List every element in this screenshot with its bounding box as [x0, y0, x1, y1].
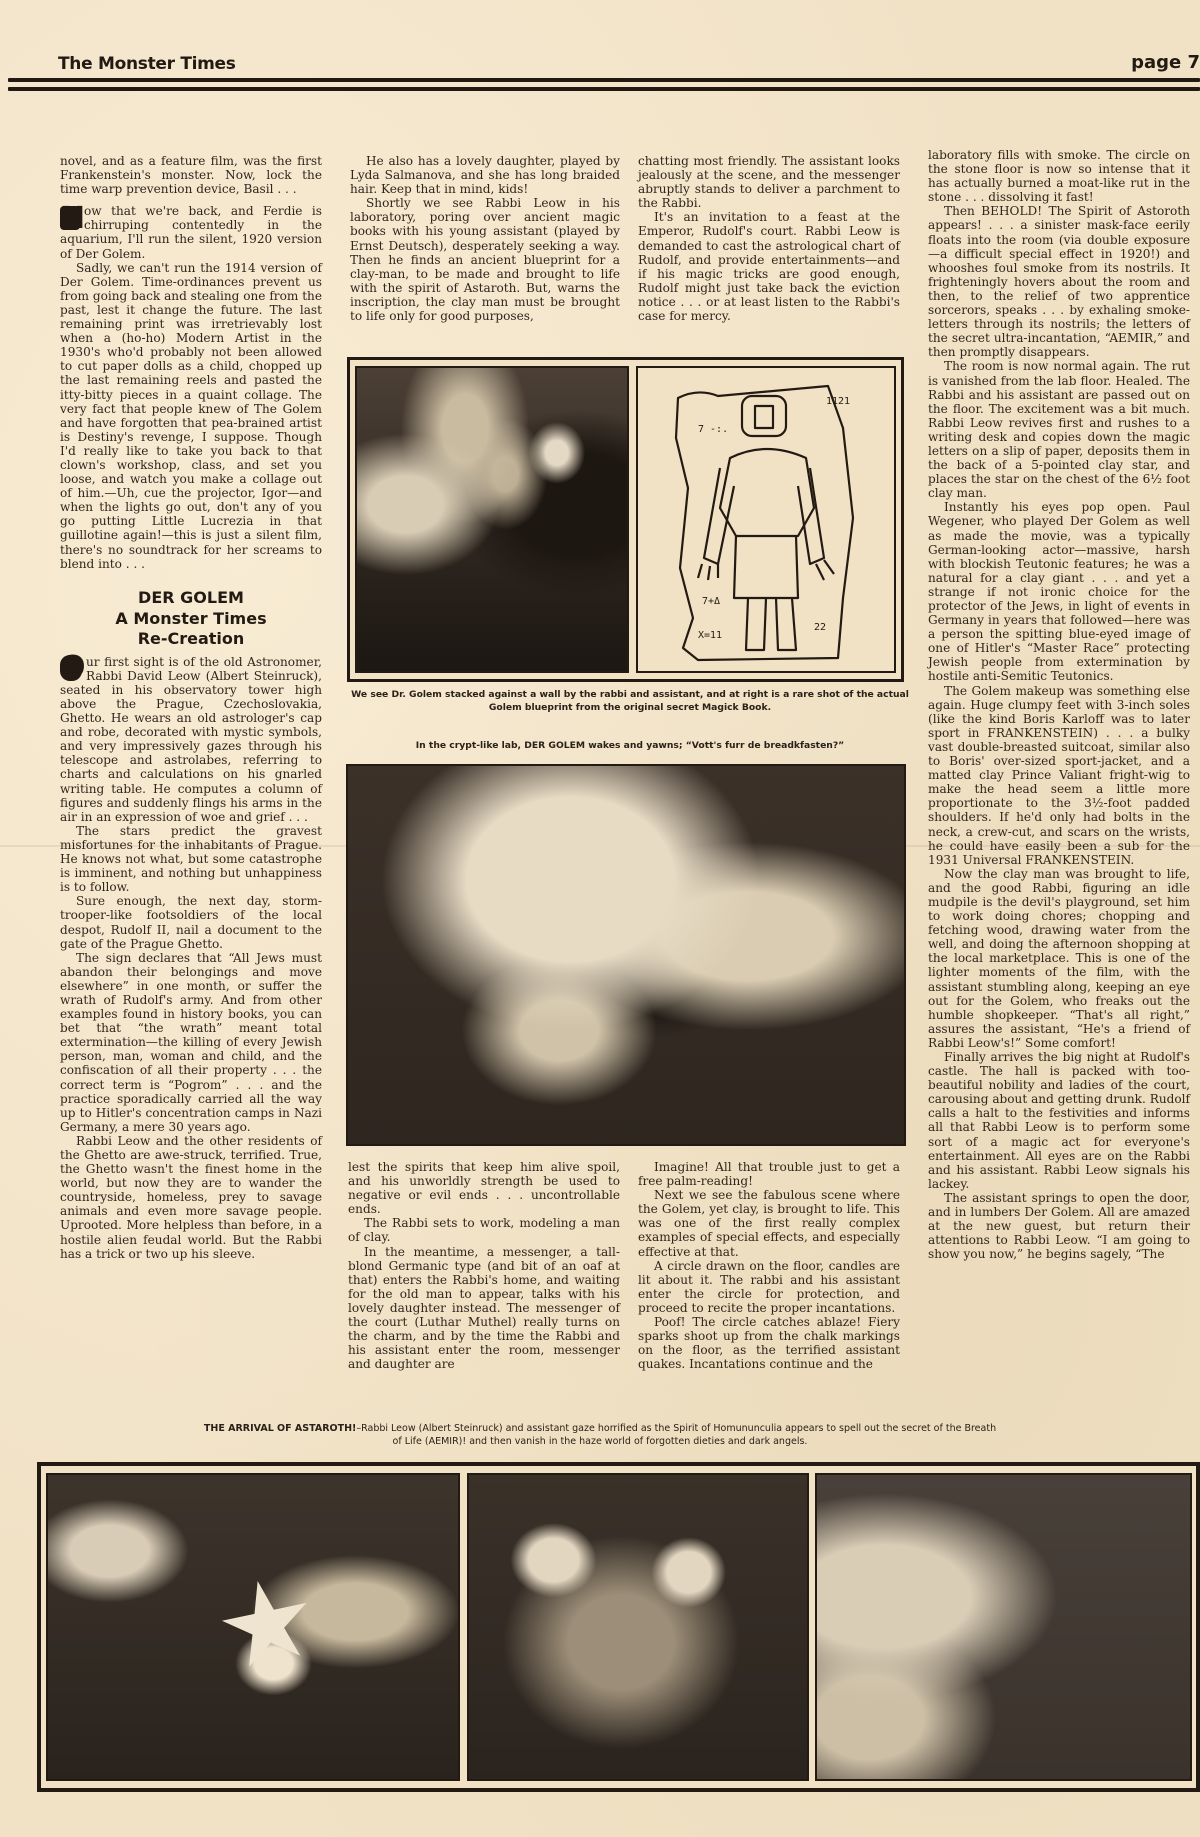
column-1: novel, and as a feature film, was the fi… — [60, 154, 322, 1261]
paragraph: Our first sight is of the old Astronomer… — [60, 655, 322, 824]
paragraph: The sign declares that “All Jews must ab… — [60, 951, 322, 1134]
subhead-title: DER GOLEM — [60, 587, 322, 609]
paragraph: He also has a lovely daughter, played by… — [350, 154, 620, 196]
subhead-line-1: A Monster Times — [60, 609, 322, 629]
paragraph: Sadly, we can't run the 1914 version of … — [60, 261, 322, 571]
paragraph: chatting most friendly. The assistant lo… — [638, 154, 900, 210]
photo-golem-wall — [355, 366, 629, 673]
header-rule-top — [8, 78, 1200, 82]
page-header: The Monster Times page 7 — [58, 54, 1200, 78]
paragraph: Sure enough, the next day, storm-trooper… — [60, 894, 322, 950]
paragraph: laboratory fills with smoke. The circle … — [928, 148, 1190, 204]
page-number: page 7 — [1131, 52, 1200, 73]
photo-strip-2 — [467, 1473, 809, 1781]
caption-photo-pair: We see Dr. Golem stacked against a wall … — [350, 688, 910, 714]
paragraph: Imagine! All that trouble just to get a … — [638, 1160, 900, 1188]
svg-text:7 -:.: 7 -:. — [698, 424, 728, 435]
column-4: laboratory fills with smoke. The circle … — [928, 148, 1190, 1261]
paragraph: novel, and as a feature film, was the fi… — [60, 154, 322, 196]
caption-bottom-strip: THE ARRIVAL OF ASTAROTH!–Rabbi Leow (Alb… — [200, 1422, 1000, 1448]
paragraph: Finally arrives the big night at Rudolf'… — [928, 1050, 1190, 1191]
svg-text:22: 22 — [814, 622, 826, 633]
column-2-bottom: lest the spirits that keep him alive spo… — [348, 1160, 620, 1371]
drawing-golem-blueprint: 1121 7 -:. X=11 7+Δ 22 — [636, 366, 896, 673]
photo-strip-3 — [815, 1473, 1192, 1781]
paragraph: lest the spirits that keep him alive spo… — [348, 1160, 620, 1216]
svg-text:1121: 1121 — [826, 396, 850, 407]
paragraph: A circle drawn on the floor, candles are… — [638, 1259, 900, 1315]
paragraph: The stars predict the gravest misfortune… — [60, 824, 322, 894]
paragraph: Instantly his eyes pop open. Paul Wegene… — [928, 500, 1190, 683]
paragraph: Now that we're back, and Ferdie is chirr… — [60, 204, 322, 260]
paragraph: The assistant springs to open the door, … — [928, 1191, 1190, 1261]
paragraph: The Rabbi sets to work, modeling a man o… — [348, 1216, 620, 1244]
subhead-line-2: Re-Creation — [60, 629, 322, 649]
paragraph: It's an invitation to a feast at the Emp… — [638, 210, 900, 323]
paragraph: Now the clay man was brought to life, an… — [928, 867, 1190, 1050]
column-3-bottom: Imagine! All that trouble just to get a … — [638, 1160, 900, 1371]
masthead: The Monster Times — [58, 54, 236, 74]
paragraph: Then BEHOLD! The Spirit of Astoroth appe… — [928, 204, 1190, 359]
dropcap: O — [60, 655, 82, 681]
paragraph: Rabbi Leow and the other residents of th… — [60, 1134, 322, 1261]
article-subhead: DER GOLEM A Monster Times Re-Creation — [60, 587, 322, 649]
blueprint-sketch-icon: 1121 7 -:. X=11 7+Δ 22 — [638, 368, 894, 671]
paragraph: Poof! The circle catches ablaze! Fiery s… — [638, 1315, 900, 1371]
paragraph: Shortly we see Rabbi Leow in his laborat… — [350, 196, 620, 323]
paragraph: In the meantime, a messenger, a tall-blo… — [348, 1245, 620, 1372]
paragraph: Next we see the fabulous scene where the… — [638, 1188, 900, 1258]
photo-golem-lab — [346, 764, 906, 1146]
header-rule-bottom — [8, 87, 1200, 91]
paragraph: The room is now normal again. The rut is… — [928, 359, 1190, 500]
column-2-top: He also has a lovely daughter, played by… — [350, 154, 620, 323]
caption-lab-photo: In the crypt-like lab, DER GOLEM wakes a… — [350, 739, 910, 752]
paragraph: The Golem makeup was something else agai… — [928, 684, 1190, 867]
column-3-top: chatting most friendly. The assistant lo… — [638, 154, 900, 323]
dropcap: N — [60, 206, 80, 230]
svg-text:7+Δ: 7+Δ — [702, 596, 720, 607]
svg-text:X=11: X=11 — [698, 630, 722, 641]
